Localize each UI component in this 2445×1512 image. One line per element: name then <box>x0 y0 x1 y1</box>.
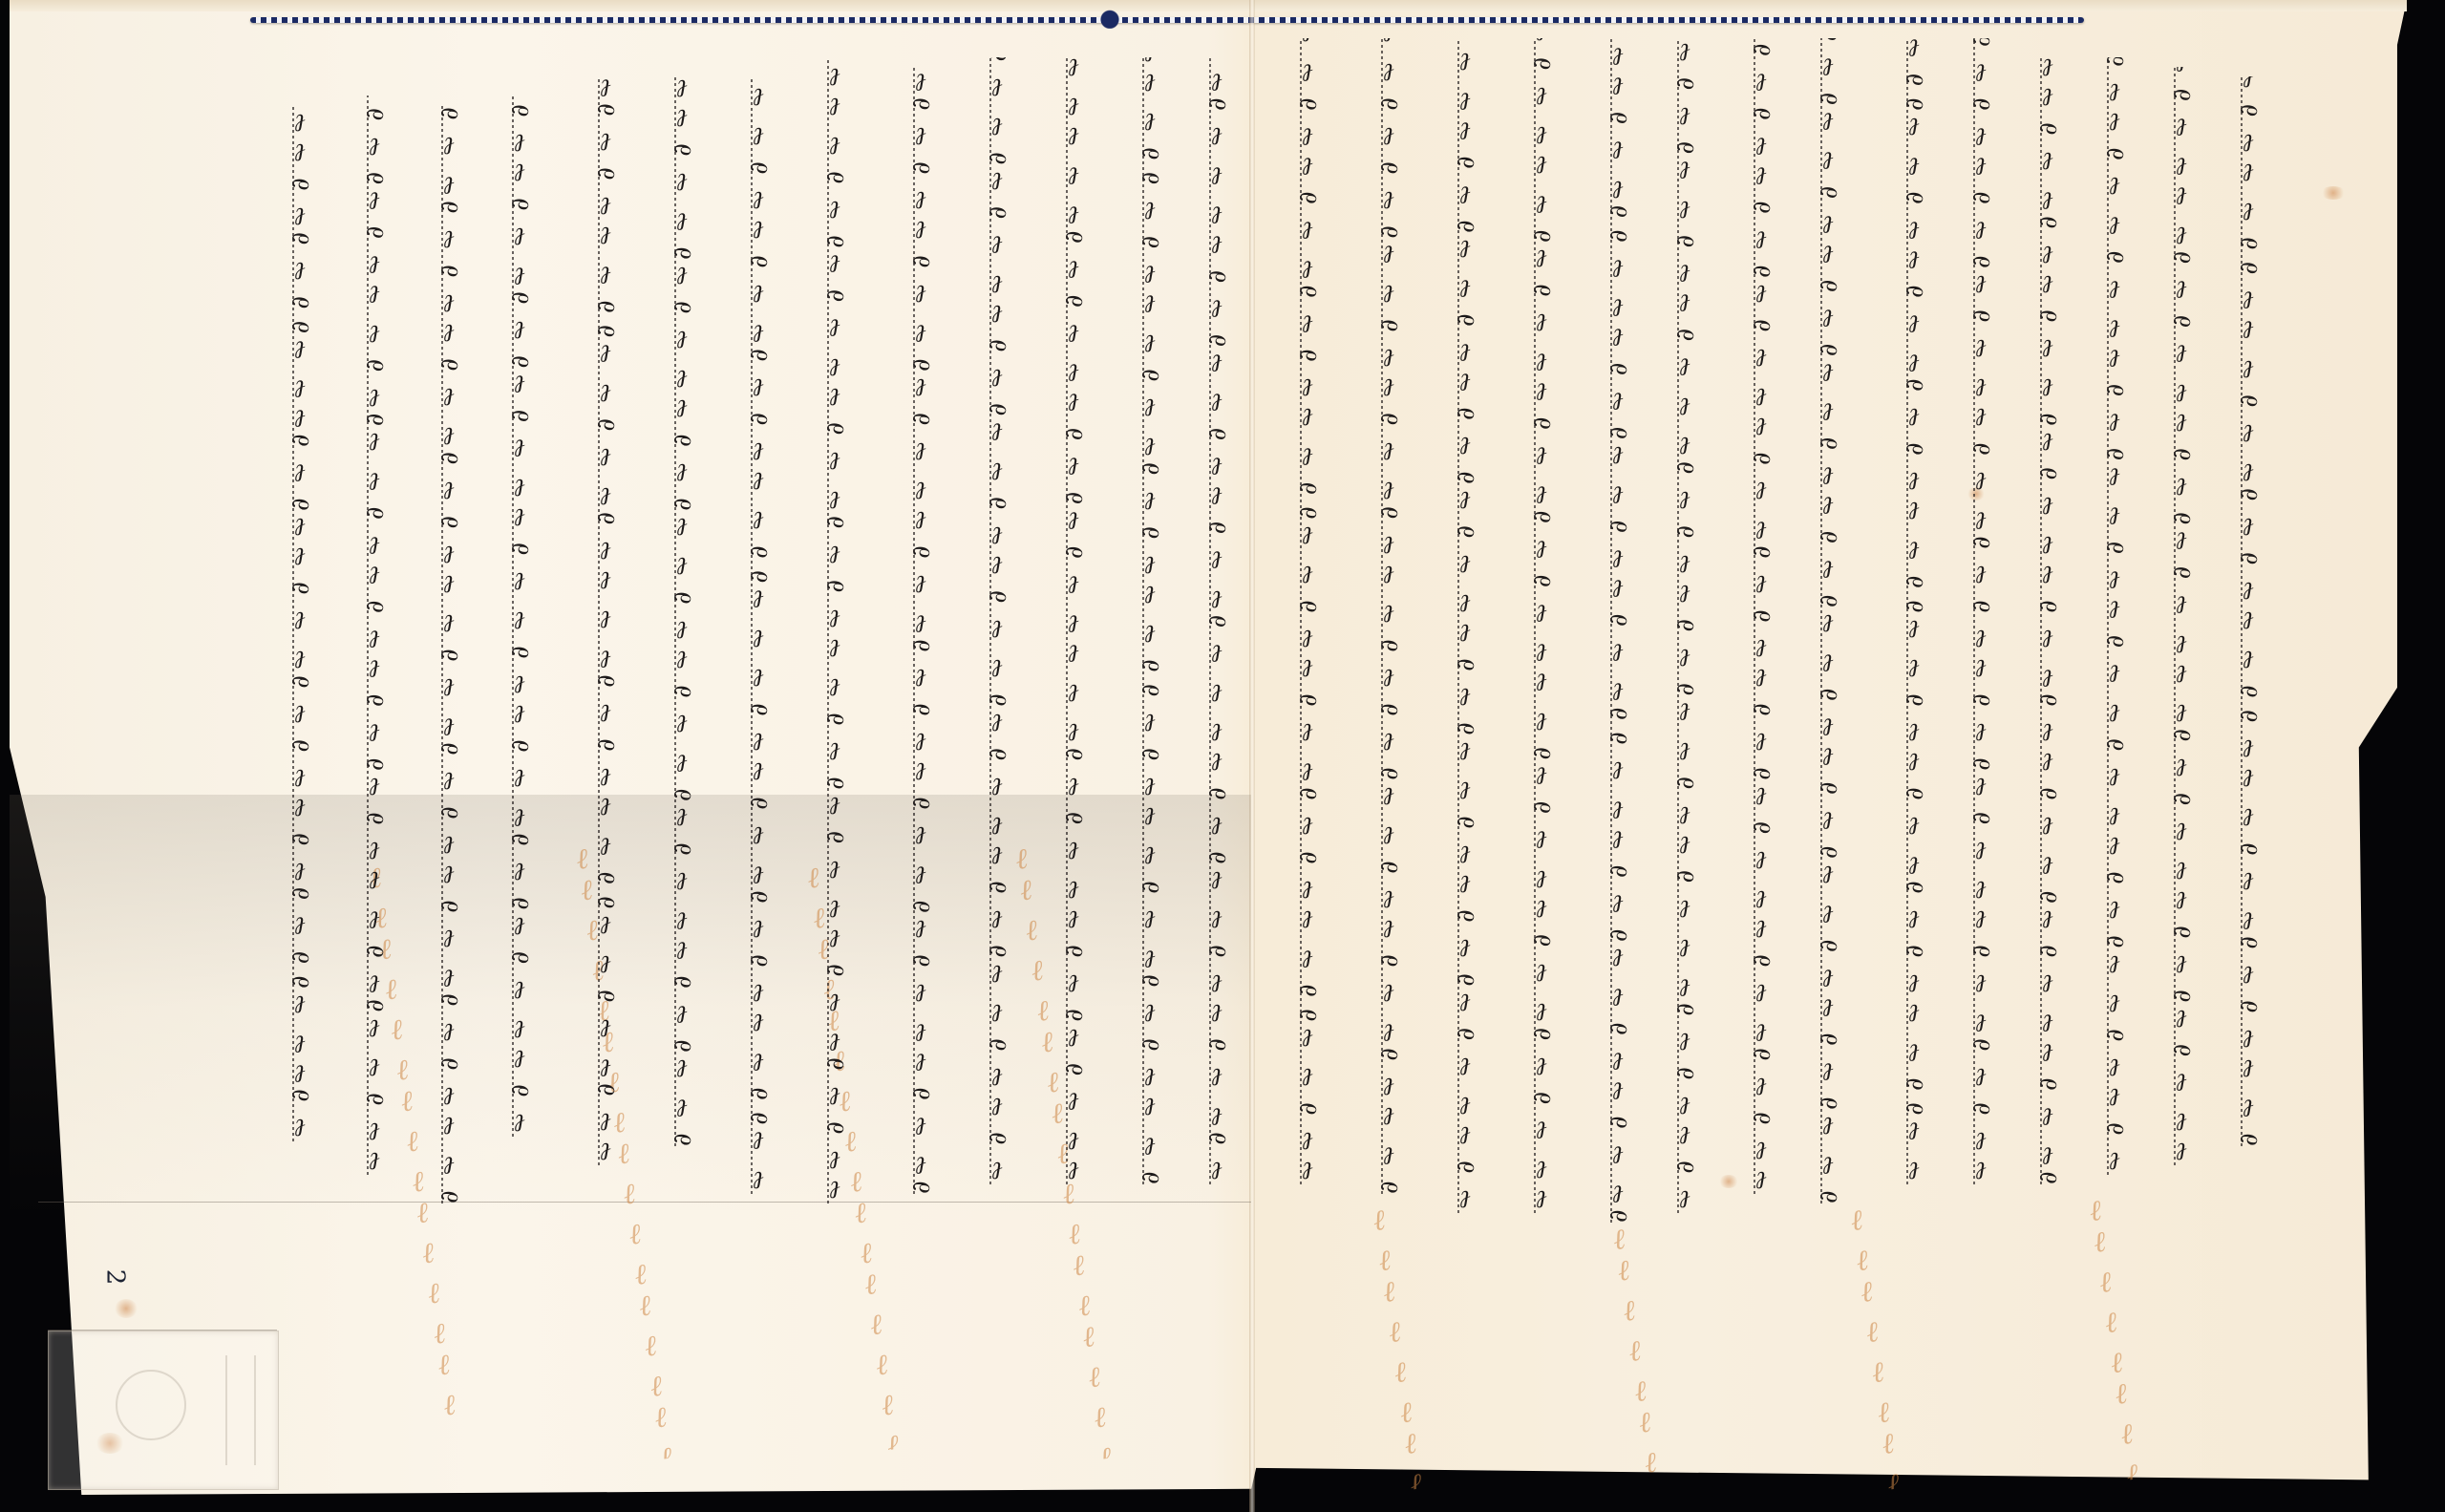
handwriting-line: ℓℓ ℓ ∂ ℓ∂ ℓ ∂ ℓℓ ℓ ∂ ℓ ∂ℓ ℓ ℓℓ ℓ ∂ ℓ∂ ℓ … <box>1060 57 1093 1184</box>
handwriting-line: ∂ ℓ ℓℓ ∂ ℓ ∂ℓ ℓ ∂ ℓ ℓℓ ∂ ∂ ℓ ℓℓ ∂ ℓ ∂ℓ ℓ… <box>2235 76 2267 1146</box>
handwriting-line: ℓℓ ∂ ℓ ∂ℓ ℓ ∂ ℓℓ ℓ ∂ ℓ∂ ℓ ∂ ℓℓ ∂ ℓ ∂ℓ ℓ … <box>1967 38 2000 1184</box>
handwriting-line: ℓ ℓ∂ ∂ ℓ ℓℓ ∂ ℓ ∂ℓ ℓ ∂ ℓℓ ∂ ℓ ℓ ℓ∂ ∂ ℓ ℓ… <box>745 76 777 1194</box>
stamp-seal-icon <box>116 1370 186 1440</box>
handwriting-line: ∂ ℓ ℓ∂ ℓ ∂ ℓℓ ℓ ∂ ℓ∂ ℓ ℓ ∂ ℓℓ ∂ ℓ ℓ∂ ℓ ∂… <box>669 76 701 1146</box>
handwriting-line: ℓℓ ∂ ℓ ∂ℓ ℓ ∂ ℓℓ ℓ ∂ ℓ∂ ℓ ∂ ℓ ℓℓ ∂ ℓ ∂ℓ … <box>821 57 854 1203</box>
handwriting-line: ∂ ℓ ℓℓ ∂ ℓ ∂ℓ ℓ ∂ ℓℓ ∂ ℓ ∂ℓ ℓ ∂ ℓ ℓℓ ∂ ℓ… <box>436 105 468 1203</box>
handwriting-line: ℓ ∂ ℓℓ ∂ ℓ ℓ∂ ℓ ∂ ℓℓ ℓ ∂ ℓ∂ ℓ ℓ ∂ ℓℓ ∂ ℓ… <box>984 57 1016 1184</box>
handwriting-line: ℓℓ ∂ ℓ ℓ∂ℓ ∂ ℓ ℓℓ ∂ ℓ∂ ℓ ∂ ℓℓ ∂ ℓℓ ∂ ℓ ℓ… <box>361 96 393 1175</box>
handwriting-line: ℓℓ ∂ℓ ℓ ∂ ℓ ℓ∂ ∂ ℓ ℓℓ ∂ ℓ ∂ℓ ℓ ℓℓ ∂ℓ ℓ ∂… <box>592 76 625 1165</box>
page-top-edge <box>10 0 2407 11</box>
embossed-stamp <box>48 1331 279 1490</box>
handwriting-line: ∂ℓ ℓ ∂ ℓℓ ∂ ℓ ℓ∂ ℓ ∂ ℓℓ ℓ ∂ ∂ℓ ℓ ∂ ℓℓ ∂ … <box>1605 38 1637 1223</box>
handwriting-line: ℓ ℓ∂ ∂ ℓ ℓℓ ∂ ℓ ∂ℓ ℓ ∂ ℓℓ ∂ ℓ ℓ∂ ∂ ℓ ℓℓ … <box>1901 38 1933 1184</box>
handwriting-line: ℓ ∂ℓℓ ℓ∂ ∂ ℓ ∂ℓ ∂ ℓℓ ∂ ℓ ∂ℓ ℓ ∂ ℓℓ∂ ℓ ∂ℓ… <box>287 105 319 1141</box>
page-number: 2 <box>100 1269 129 1286</box>
handwriting-line: ℓ ∂ ℓℓ ℓ ∂ ℓ∂ ℓ ∂ ℓℓ ∂ ℓ ℓ∂ ℓ ∂ ℓℓ ℓ ∂ ℓ… <box>1452 38 1484 1213</box>
handwriting-line: ∂ℓ ℓ ∂ ℓℓ ℓ ∂ ℓ∂ ℓ ℓ ∂ ℓℓ ∂ℓ ℓ ∂ ℓℓ ℓ ∂ … <box>2034 57 2067 1184</box>
foxing-stain <box>115 1299 138 1318</box>
handwriting-line: ℓℓ ∂ ℓ ∂ℓ ℓ ∂ ℓℓ ℓ ∂ ℓ∂ ℓ ∂ ℓℓ ∂ ℓ ∂ℓ ℓ … <box>1748 38 1780 1194</box>
handwriting-line: ℓ ∂ ℓℓ ∂ ℓ ∂ℓ ℓ ℓ ∂ ℓℓ ∂ ℓ ℓ∂ ℓ ∂ ℓℓ ∂ ℓ… <box>1671 38 1704 1213</box>
foxing-stain <box>2321 186 2346 200</box>
center-fold <box>1249 0 1255 1512</box>
handwriting-line: ℓ ∂ ℓℓ ∂ ℓ ℓ∂ ℓ ∂ ℓℓ ℓ ∂ ℓ ℓ ∂ ℓℓ ∂ ℓ ℓ∂… <box>2101 57 2134 1175</box>
handwriting-line: ℓ ∂ ℓℓ ℓ ∂ ℓ∂ ℓ ∂ℓ ℓ ∂ ℓℓ ∂ ℓ ℓ ∂ ℓℓ ℓ ∂… <box>506 96 539 1137</box>
cord-knot <box>1096 6 1123 29</box>
handwriting-line: ℓ ∂ℓ ℓ ∂ ℓℓ ∂ ℓ ℓ∂ ℓ ∂ ℓℓ ℓ ℓ ∂ℓ ℓ ∂ ℓℓ … <box>1203 57 1236 1184</box>
binding-cord <box>250 17 2084 23</box>
foxing-stain <box>1719 1175 1738 1188</box>
handwriting-line: ∂ ℓ ℓ∂ ℓ ∂ ℓℓ ∂ ℓ ℓ∂ ℓ ∂ ℓℓ ∂ ℓ ℓ∂ ℓ ∂ ℓ… <box>1815 38 1847 1203</box>
handwriting-line: ∂ℓ ℓ ∂ ℓℓ ℓ ∂ ℓ∂ ℓ ℓ ∂ ℓℓ ∂ ℓ ∂ℓ ℓ ∂ ℓℓ … <box>907 67 940 1194</box>
handwriting-line: ∂ ℓ ℓℓ ∂ℓ ℓ ∂ ℓℓ ∂ ℓ ℓ∂ ℓ ∂ ℓ ∂ ℓ ℓℓ ∂ℓ … <box>1375 38 1408 1194</box>
handwriting-line: ℓℓ ℓ ∂ ℓ∂ ℓ ∂ ℓℓ ℓ ∂ ℓ ∂ℓ ℓℓ ℓ ∂ ℓ∂ ℓ ∂ … <box>2168 67 2200 1165</box>
handwriting-line: ℓℓ ∂ ℓ ℓ∂ ∂ ℓ ℓℓ ∂ ℓ ∂ℓ ℓ ∂ ℓℓ ∂ ℓ ℓ∂ ∂ … <box>1294 38 1327 1184</box>
handwriting-line: ∂ ℓ ℓℓ ∂ ℓ ∂ℓ ℓ ∂ ℓ ℓℓ ∂ ℓ ∂ ∂ ℓ ℓℓ ∂ ℓ … <box>1137 57 1169 1184</box>
stamp-emblem-icon <box>225 1355 256 1465</box>
handwriting-line: ℓℓ ℓ ∂ ℓ ∂ℓ ℓ ∂ ℓℓ ℓ ∂ ℓ∂ ℓ ℓℓ ℓ ∂ ℓ ∂ℓ … <box>1528 38 1561 1213</box>
